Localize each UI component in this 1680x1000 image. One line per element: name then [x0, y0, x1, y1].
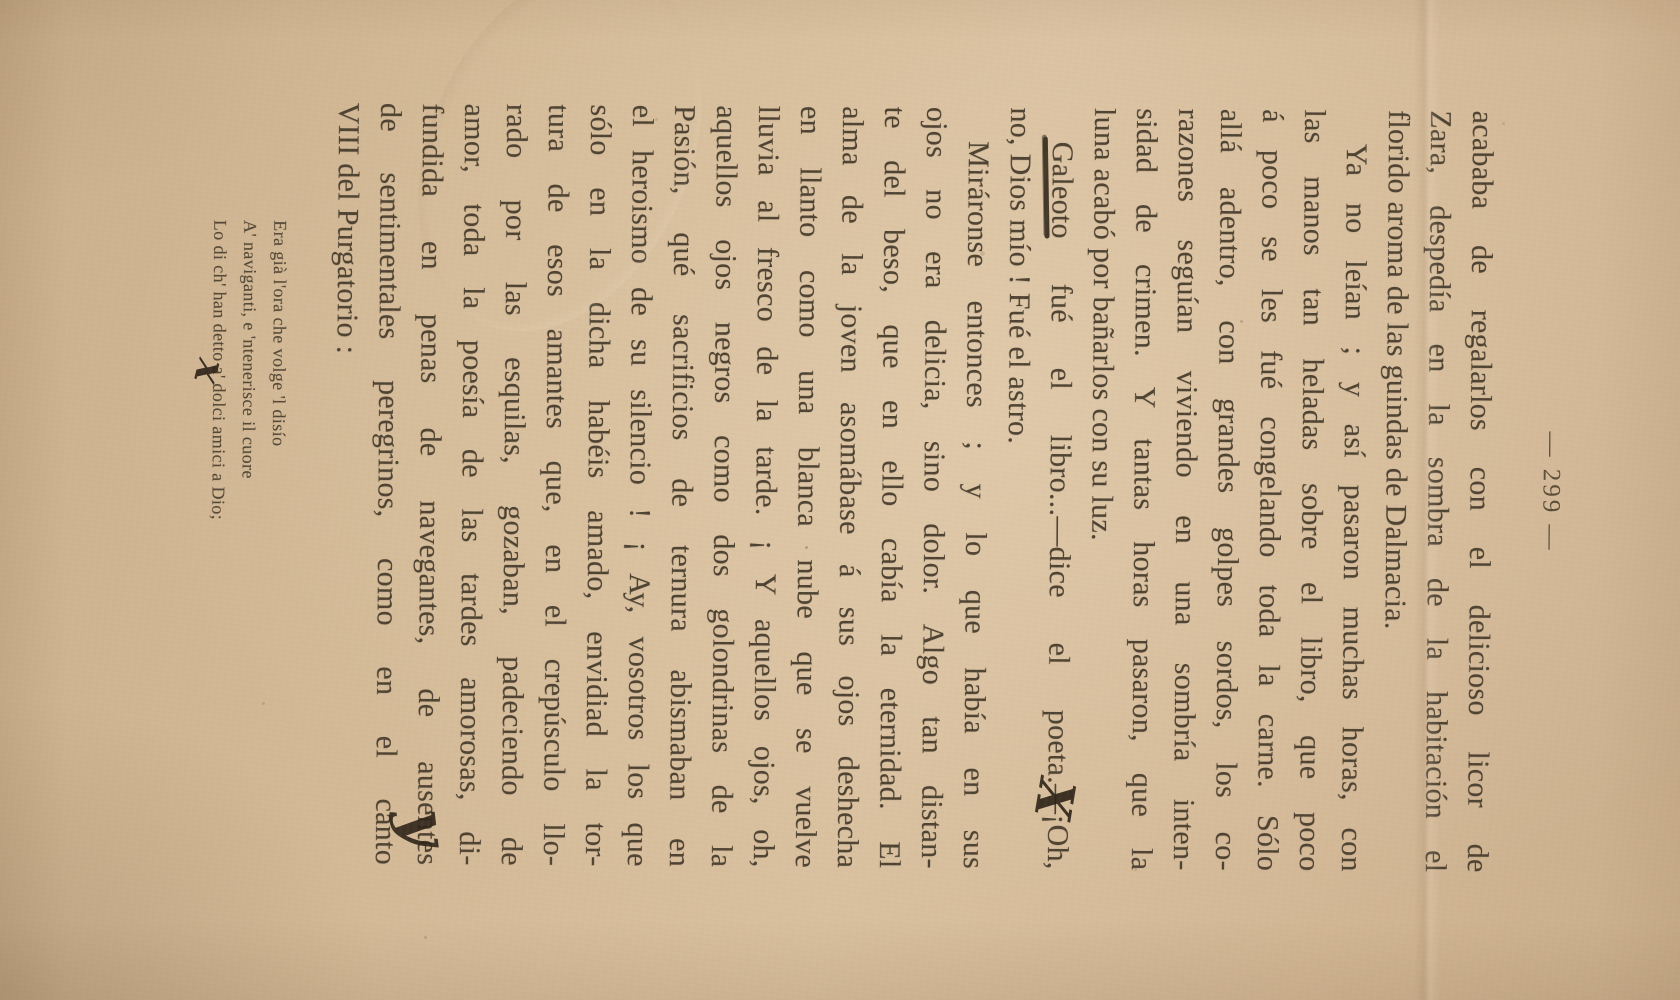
- book-scan-viewport: — 299 — acababa de regalarlos con el del…: [0, 0, 1680, 1000]
- text-line: acababa de regalarlos con el delicioso l…: [1456, 110, 1503, 872]
- text-line: Zara, despedía en la sombra de la habita…: [1414, 110, 1461, 872]
- page: — 299 — acababa de regalarlos con el del…: [0, 0, 1680, 1000]
- text-line: fundida en penas de navegantes, de ausen…: [406, 103, 453, 865]
- text-line: allá adentro, con grandes golpes sordos,…: [1204, 109, 1251, 871]
- text-line: el heroismo de su silencio ! ¡ Ay, vosot…: [616, 105, 663, 867]
- text-line: amor, toda la poesía de las tardes amoro…: [448, 103, 495, 865]
- verse-block: Era già l'ora che volge 'l disíoA' navig…: [1675, 0, 1680, 1000]
- text-line: Galeoto fué el libro...—dice el poeta.—¡…: [1036, 108, 1083, 870]
- text-line: sólo en la dicha habéis amado, envidiad …: [574, 104, 621, 866]
- text-line: luna acabó por bañarlos con su luz.: [1078, 108, 1125, 870]
- text-line: rado por las esquilas, gozaban, padecien…: [490, 104, 537, 866]
- text-line: florido aroma de las guindas de Dalmacia…: [1372, 110, 1419, 872]
- verse-line: A' naviganti, e 'ntenerisce il cuore: [232, 220, 266, 780]
- text-line: alma de la joven asomábase á sus ojos de…: [826, 106, 873, 868]
- text-line: ojos no era delicia, sino dolor. Algo ta…: [910, 107, 957, 869]
- text-line: razones seguían viviendo en una sombría …: [1162, 108, 1209, 870]
- verse-line: Lo di ch' han detto a' dolci amici a Dio…: [202, 220, 236, 780]
- text-line: de sentimentales peregrinos, como en el …: [364, 103, 411, 865]
- text-line: aquellos ojos negros como dos golondrina…: [700, 105, 747, 867]
- text-line: te del beso, que en ello cabía la eterni…: [868, 106, 915, 868]
- text-line: á poco se les fué congelando toda la car…: [1246, 109, 1293, 871]
- text-line: no, Dios mío ! Fué el astro.: [994, 107, 1041, 869]
- text-line: las manos tan heladas sobre el libro, qu…: [1288, 109, 1335, 871]
- text-line: Miráronse entonces ; y lo que había en s…: [952, 107, 999, 869]
- text-line: en llanto como una blanca nube que se vu…: [784, 106, 831, 868]
- text-line: lluvia al fresco de la tarde. ¡ Y aquell…: [742, 105, 789, 867]
- body-text: acababa de regalarlos con el delicioso l…: [1675, 0, 1680, 1000]
- text-line: VIII del Purgatorio :: [322, 103, 369, 865]
- text-line: Ya no leían ; y así pasaron muchas horas…: [1330, 110, 1377, 872]
- page-number: — 299 —: [1522, 111, 1567, 873]
- text-line: sidad de crimen. Y tantas horas pasaron,…: [1120, 108, 1167, 870]
- text-line: Pasión, qué sacrificios de ternura abism…: [658, 105, 705, 867]
- verse-line: Era già l'ora che volge 'l disío: [262, 220, 296, 780]
- text-line: tura de esos amantes que, en el crepúscu…: [532, 104, 579, 866]
